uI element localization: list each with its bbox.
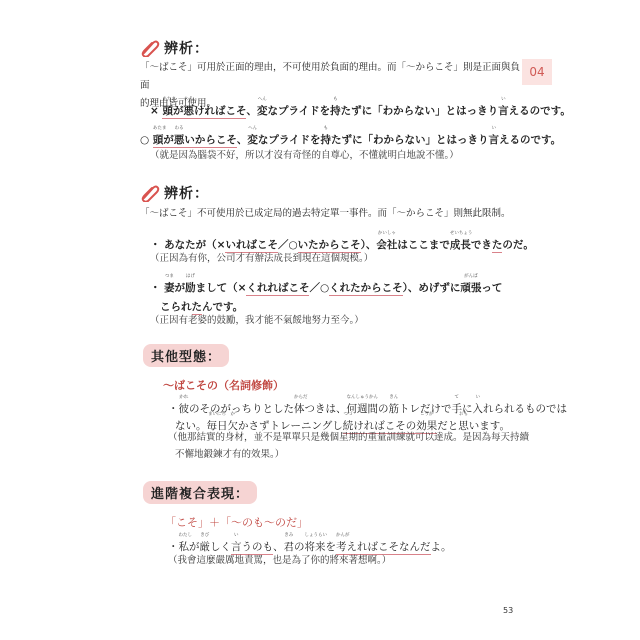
kanji-with-furigana: 頭あたま (162, 104, 173, 119)
furigana: かれ (179, 395, 190, 400)
furigana: せいちょう (450, 231, 471, 236)
kanji-with-furigana: 持も (330, 104, 341, 118)
paperclip-icon (140, 184, 160, 202)
text-segment: くれればこそ (246, 281, 309, 296)
translation: （我會這麼嚴厲地責罵，也是為了你的將來著想啊。） (168, 553, 391, 569)
example-marker: ・ (150, 282, 164, 294)
kanji-with-furigana: 言い (498, 104, 509, 118)
example-marker: × (150, 105, 162, 117)
furigana: も (321, 126, 332, 131)
analysis-description-2: 「～ばこそ」不可使用於已成定局的過去特定單一事件。而「～からこそ」則無此限制。 (140, 205, 520, 223)
kanji-with-furigana: 頭あたま (153, 133, 164, 148)
text-segment: ）、めげずに (403, 281, 461, 295)
text-segment: が (189, 540, 200, 554)
example-sentence: ・ 妻つまが励はげまして（× くれればこそ／○くれたからこそ）、めげずに頑張がん… (150, 281, 502, 296)
example-marker: ○ (140, 134, 153, 146)
furigana: わたし (179, 533, 190, 538)
text-segment: が (173, 104, 184, 119)
furigana: しょうらい (305, 533, 326, 538)
text-segment: まして（× (196, 281, 247, 295)
kanji-with-furigana: 頑張がんば (460, 281, 481, 295)
furigana: まいにち (207, 412, 228, 417)
furigana: きん (389, 395, 400, 400)
description-line: 「～ばこそ」可用於正面的理由，不可使用於負面的理由。而「～からこそ」則是正面與負… (140, 59, 520, 95)
furigana: も (330, 97, 341, 102)
furigana: かいしゃ (376, 231, 397, 236)
text-segment: のそのがっちりとした (189, 402, 294, 416)
furigana: きみ (284, 533, 295, 538)
furigana: つづ (343, 412, 354, 417)
translation: （就是因為腦袋不好，所以才沒有奇怪的自尊心，不懂就明白地說不懂。） (150, 148, 459, 164)
kanji-with-furigana: 変へん (247, 133, 258, 147)
furigana: おも (458, 412, 469, 417)
advanced-heading: 進階複合表現： (143, 481, 257, 504)
text-segment: ければこそ (194, 104, 247, 119)
text-segment: 、 (237, 133, 248, 147)
page-number: 53 (503, 606, 513, 615)
text-segment: よ。 (431, 540, 452, 554)
translation: 不懈地鍛鍊才有的效果。） (175, 447, 284, 463)
text-segment: えるのです。 (499, 133, 561, 147)
text-segment: 、 (246, 104, 257, 118)
furigana: い (231, 533, 242, 538)
text-segment: ／○ (309, 281, 329, 295)
analysis-heading-1: 辨析： (140, 38, 209, 58)
furigana: はげ (185, 274, 196, 279)
chapter-tab: 04 (522, 59, 552, 85)
kanji-with-furigana: 厳きび (200, 540, 211, 554)
other-forms-heading: 其他型態： (143, 344, 229, 367)
furigana: か (228, 412, 239, 417)
translation: （正因有老婆的鼓勵，我才能不氣餒地努力至今。） (150, 313, 364, 329)
furigana: こうか (416, 412, 437, 417)
kanji-with-furigana: 会社かいしゃ (376, 238, 397, 252)
text-segment: ）、 (361, 238, 377, 252)
text-segment: ・ (168, 540, 179, 554)
text-segment: た (492, 238, 503, 253)
paperclip-icon (140, 39, 160, 57)
analysis-heading-2: 辨析： (140, 183, 209, 203)
kanji-with-furigana: 成長せいちょう (450, 238, 471, 252)
text-segment: 、 (273, 540, 284, 554)
kanji-with-furigana: 彼かれ (179, 402, 190, 416)
furigana: へん (257, 97, 268, 102)
text-segment: たずに「わからない」とはっきり (331, 133, 489, 147)
kanji-with-furigana: 妻つま (164, 281, 175, 295)
kanji-with-furigana: 私わたし (179, 540, 190, 554)
furigana: わる (174, 126, 185, 131)
kanji-with-furigana: 言い (489, 133, 500, 147)
other-forms-subheading: ～ばこその（名詞修飾） (163, 377, 284, 393)
text-segment: ／○ (278, 238, 298, 252)
text-segment: なプライドを (267, 104, 330, 118)
furigana: い (498, 97, 509, 102)
text-segment: はここまで (397, 238, 450, 252)
kanji-with-furigana: 悪わる (174, 133, 185, 148)
kanji-with-furigana: 将来しょうらい (305, 540, 326, 554)
furigana: へん (247, 126, 258, 131)
furigana: あたま (153, 126, 164, 131)
furigana: きび (200, 533, 211, 538)
text-segment: でき (471, 238, 492, 252)
textbook-page: 04 辨析： 「～ばこそ」可用於正面的理由，不可使用於負面的理由。而「～からこそ… (0, 0, 640, 640)
kanji-with-furigana: 悪わる (183, 104, 194, 119)
text-segment: が (163, 133, 174, 148)
kanji-with-furigana: 持も (321, 133, 332, 147)
text-segment: って (481, 281, 502, 295)
kanji-with-furigana: 体からだ (294, 402, 305, 416)
furigana: い (473, 395, 484, 400)
advanced-subheading: 「こそ」＋「～のも～のだ」 (165, 514, 308, 530)
example-sentence: ○ 頭あたまが悪わるいからこそ、変へんなプライドを持もたずに「わからない」とはっ… (140, 133, 561, 148)
furigana: わる (183, 97, 194, 102)
kanji-with-furigana: 筋きん (389, 402, 400, 416)
heading-text: 辨析： (164, 38, 209, 58)
text-segment: れられるものでは (483, 402, 567, 416)
text-segment: たずに「わからない」とはっきり (341, 104, 499, 118)
text-segment: あなたが（× (164, 238, 225, 252)
furigana: からだ (294, 395, 305, 400)
text-segment: のだ。 (502, 238, 534, 252)
text-segment: つきは、 (305, 402, 347, 416)
kanji-with-furigana: 入い (473, 402, 484, 416)
text-segment: んです。 (202, 300, 243, 314)
text-segment: が (175, 281, 186, 295)
furigana: つま (164, 274, 175, 279)
heading-text: 辨析： (164, 183, 209, 203)
text-segment: こられ (160, 300, 192, 314)
text-segment: なプライドを (258, 133, 321, 147)
text-segment: えるのです。 (509, 104, 571, 118)
text-segment: しく (210, 540, 231, 554)
text-segment: くれたからこそ (329, 281, 403, 296)
kanji-with-furigana: 変へん (257, 104, 268, 118)
furigana: かんが (336, 533, 347, 538)
translation: （他那結實的身材，並不是單單只是幾個星期的重量訓練就可以達成。是因為每天持續 (168, 430, 529, 446)
example-sentence: × 頭あたまが悪わるければこそ、変へんなプライドを持もたずに「わからない」とはっ… (150, 104, 571, 119)
furigana: て (452, 395, 463, 400)
text-segment: いからこそ (184, 133, 237, 148)
example-marker: ・ (150, 239, 164, 251)
furigana: い (489, 126, 500, 131)
furigana: あたま (162, 97, 173, 102)
kanji-with-furigana: 君きみ (284, 540, 295, 554)
text-segment: の (294, 540, 305, 554)
furigana: なんしゅうかん (347, 395, 379, 400)
furigana: がんば (460, 274, 481, 279)
kanji-with-furigana: 励はげ (185, 281, 196, 295)
text-segment: の (378, 402, 389, 416)
text-segment: ・ (168, 402, 179, 416)
translation: （正因為有你，公司才有辦法成長到現在這個規模。） (150, 251, 373, 267)
text-segment: を (326, 540, 337, 554)
